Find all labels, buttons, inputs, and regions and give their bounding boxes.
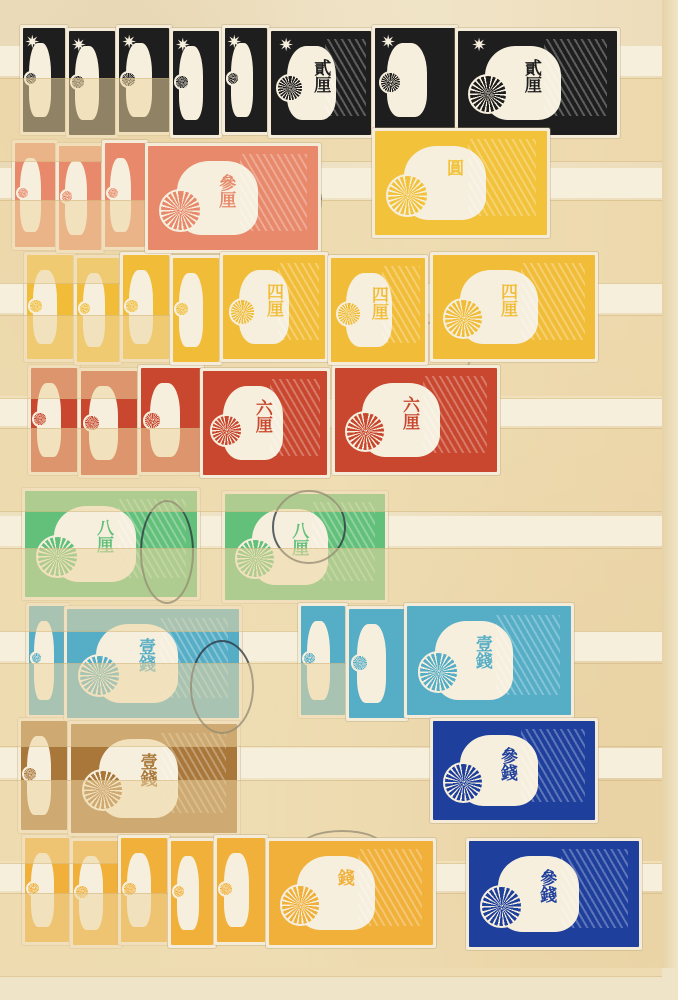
stamp-orange-yellow — [70, 838, 122, 948]
chrysanthemum-icon — [32, 411, 47, 426]
stamp-salmon — [56, 143, 104, 253]
stamp-yellow — [170, 255, 222, 365]
denomination-text: 參厘 — [215, 174, 233, 208]
foliage-pattern — [561, 849, 628, 927]
chrysanthemum-icon — [16, 186, 30, 200]
foliage-pattern — [270, 379, 319, 456]
postmark-cancel — [272, 490, 346, 564]
chrysanthemum-icon — [172, 884, 187, 899]
page-bottom-margin — [0, 968, 678, 1000]
chrysanthemum-icon — [28, 298, 43, 313]
star-icon: ✷ — [122, 34, 137, 52]
denomination-text: 壹錢 — [135, 638, 153, 672]
chrysanthemum-icon — [210, 414, 243, 447]
stamp-light-blue: 壹錢 — [404, 603, 574, 718]
chrysanthemum-icon — [174, 301, 189, 316]
stamp-orange-yellow: 錢 — [266, 838, 436, 948]
stamp-light-blue — [298, 603, 348, 718]
denomination-text: 貳厘 — [310, 59, 328, 93]
stamp-black: ✷ — [20, 25, 68, 135]
stamp-yellow — [120, 252, 172, 362]
chrysanthemum-icon — [22, 766, 37, 781]
chrysanthemum-icon — [74, 884, 89, 899]
stamp-salmon — [102, 140, 148, 250]
chrysanthemum-icon — [336, 301, 362, 327]
stamp-black: ✷ — [66, 28, 118, 138]
stamp-orange-yellow — [118, 835, 170, 945]
chrysanthemum-icon — [351, 654, 369, 672]
foliage-pattern — [496, 615, 561, 696]
stamp-black: ✷ — [116, 25, 172, 135]
postmark-cancel — [190, 640, 254, 734]
foliage-pattern — [423, 376, 487, 453]
stamp-red — [78, 368, 140, 478]
stamp-brown: 壹錢 — [68, 721, 240, 836]
chrysanthemum-icon — [418, 651, 459, 692]
chrysanthemum-icon — [120, 71, 136, 87]
denomination-text: 四厘 — [263, 283, 281, 317]
chrysanthemum-icon — [143, 411, 162, 430]
stamp-brown — [18, 718, 70, 833]
chrysanthemum-icon — [24, 71, 39, 86]
stamp-yellow: 四厘 — [220, 252, 328, 362]
stamp-black: ✷ — [372, 25, 458, 135]
denomination-text: 壹錢 — [137, 753, 155, 787]
foliage-pattern — [358, 849, 423, 926]
star-icon: ✷ — [175, 37, 190, 55]
stamp-red — [138, 365, 204, 475]
stamp-yellow — [24, 252, 76, 362]
denomination-text: 參錢 — [497, 747, 515, 781]
star-icon: ✷ — [279, 37, 294, 55]
stamp-red: 六厘 — [332, 365, 500, 475]
chrysanthemum-icon — [280, 884, 321, 925]
chrysanthemum-icon — [70, 74, 85, 89]
chrysanthemum-icon — [159, 189, 202, 232]
chrysanthemum-icon — [379, 71, 402, 94]
stamp-black: ✷ — [170, 28, 222, 138]
stamp-salmon — [12, 140, 58, 250]
denomination-text: 六厘 — [399, 396, 417, 430]
chrysanthemum-icon — [82, 769, 124, 811]
stamp-yellow: 四厘 — [328, 255, 428, 365]
chrysanthemum-icon — [124, 298, 139, 313]
stamp-orange-yellow — [22, 835, 72, 945]
chrysanthemum-icon — [235, 538, 276, 579]
stamp-salmon: 參厘 — [145, 143, 321, 253]
chrysanthemum-icon — [60, 189, 75, 204]
star-icon: ✷ — [472, 37, 487, 55]
denomination-text: 四厘 — [368, 286, 386, 320]
foliage-pattern — [278, 263, 319, 340]
stamp-red: 六厘 — [200, 368, 330, 478]
denomination-text: 貳厘 — [521, 59, 539, 93]
chrysanthemum-icon — [78, 301, 93, 316]
foliage-pattern — [240, 154, 307, 231]
stamp-black: ✷貳厘 — [268, 28, 374, 138]
stamp-dark-blue: 參錢 — [430, 718, 598, 823]
postmark-cancel — [140, 500, 194, 604]
chrysanthemum-icon — [480, 885, 523, 928]
chrysanthemum-icon — [122, 881, 137, 896]
foliage-pattern — [161, 733, 226, 814]
star-icon: ✷ — [71, 37, 86, 55]
stamp-yellow — [74, 255, 122, 365]
chrysanthemum-icon — [106, 186, 120, 200]
page-edge — [662, 0, 678, 1000]
denomination-text: 八厘 — [93, 519, 111, 553]
chrysanthemum-icon — [83, 414, 101, 432]
stamp-orange-yellow — [214, 835, 268, 945]
star-icon: ✷ — [227, 34, 242, 52]
denomination-text: 參錢 — [536, 869, 554, 903]
foliage-pattern — [325, 39, 365, 116]
stamp-yellow: 圓 — [372, 128, 550, 238]
denomination-text: 錢 — [334, 869, 352, 886]
chrysanthemum-icon — [226, 71, 241, 86]
foliage-pattern — [521, 263, 585, 340]
foliage-pattern — [521, 729, 585, 803]
stamp-dark-blue: 參錢 — [466, 838, 642, 950]
stamp-light-blue — [346, 606, 408, 721]
star-icon: ✷ — [25, 34, 40, 52]
chrysanthemum-icon — [276, 74, 303, 101]
stamp-orange-yellow — [168, 838, 216, 948]
star-icon: ✷ — [381, 34, 396, 52]
foliage-pattern — [544, 39, 607, 116]
stamp-black: ✷ — [222, 25, 270, 135]
denomination-text: 壹錢 — [472, 635, 490, 669]
denomination-text: 六厘 — [252, 399, 270, 433]
stamp-red — [28, 365, 80, 475]
chrysanthemum-icon — [30, 651, 44, 665]
denomination-text: 圓 — [443, 159, 461, 176]
chrysanthemum-icon — [174, 74, 189, 89]
stock-page: ✷✷✷✷✷✷貳厘✷✷貳厘參厘圓四厘四厘四厘六厘六厘八厘八厘壹錢壹錢壹錢參錢錢參錢 — [0, 0, 678, 1000]
chrysanthemum-icon — [229, 298, 257, 326]
stamp-black: ✷貳厘 — [455, 28, 620, 138]
foliage-pattern — [468, 139, 536, 216]
stamp-yellow: 四厘 — [430, 252, 598, 362]
denomination-text: 四厘 — [497, 283, 515, 317]
